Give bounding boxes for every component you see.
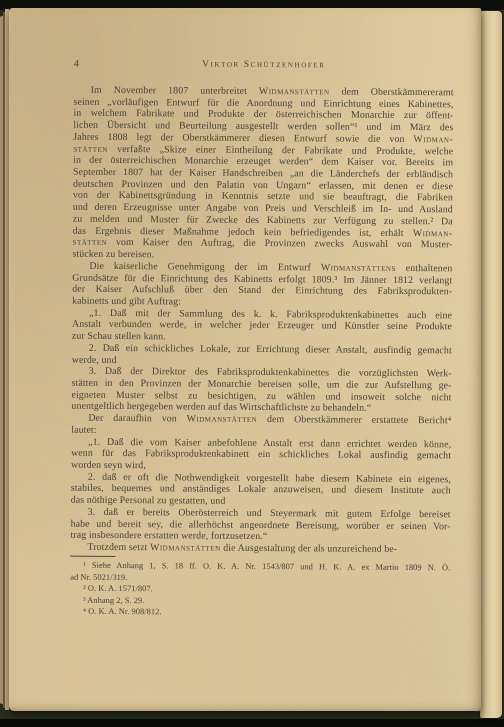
text-line: ⁴ O. K. A. Nr. 908/812. bbox=[70, 606, 450, 620]
page-surface: 4 Viktor Schützenhofer Im November 1807 … bbox=[9, 8, 481, 711]
footnotes: ¹ Siehe Anhang 1, S. 18 ff. O. K. A. Nr.… bbox=[70, 560, 450, 621]
small-caps-name: Widmanstätten bbox=[259, 86, 330, 97]
small-caps-name: Widmanstätten bbox=[187, 414, 258, 425]
small-caps-name: Widman- bbox=[413, 134, 453, 145]
page-header: 4 Viktor Schützenhofer bbox=[74, 59, 454, 75]
adjacent-page-edge bbox=[480, 11, 502, 718]
small-caps-name: stätten bbox=[73, 237, 108, 248]
text-line: Trotzdem setzt Widmanstätten die Ausgest… bbox=[70, 542, 450, 556]
footnote-rule bbox=[70, 556, 115, 557]
small-caps-name: Widmanstättens bbox=[321, 262, 396, 274]
book-scan: 4 Viktor Schützenhofer Im November 1807 … bbox=[0, 0, 504, 727]
small-caps-name: stätten bbox=[73, 143, 108, 154]
running-header: Viktor Schützenhofer bbox=[74, 59, 454, 72]
page-number: 4 bbox=[74, 59, 79, 70]
body-text: Im November 1807 unterbreitet Widmanstät… bbox=[70, 85, 453, 556]
small-caps-name: Widman- bbox=[413, 228, 453, 239]
page-content: 4 Viktor Schützenhofer Im November 1807 … bbox=[69, 7, 454, 713]
small-caps-name: Widmanstätten bbox=[150, 542, 221, 553]
